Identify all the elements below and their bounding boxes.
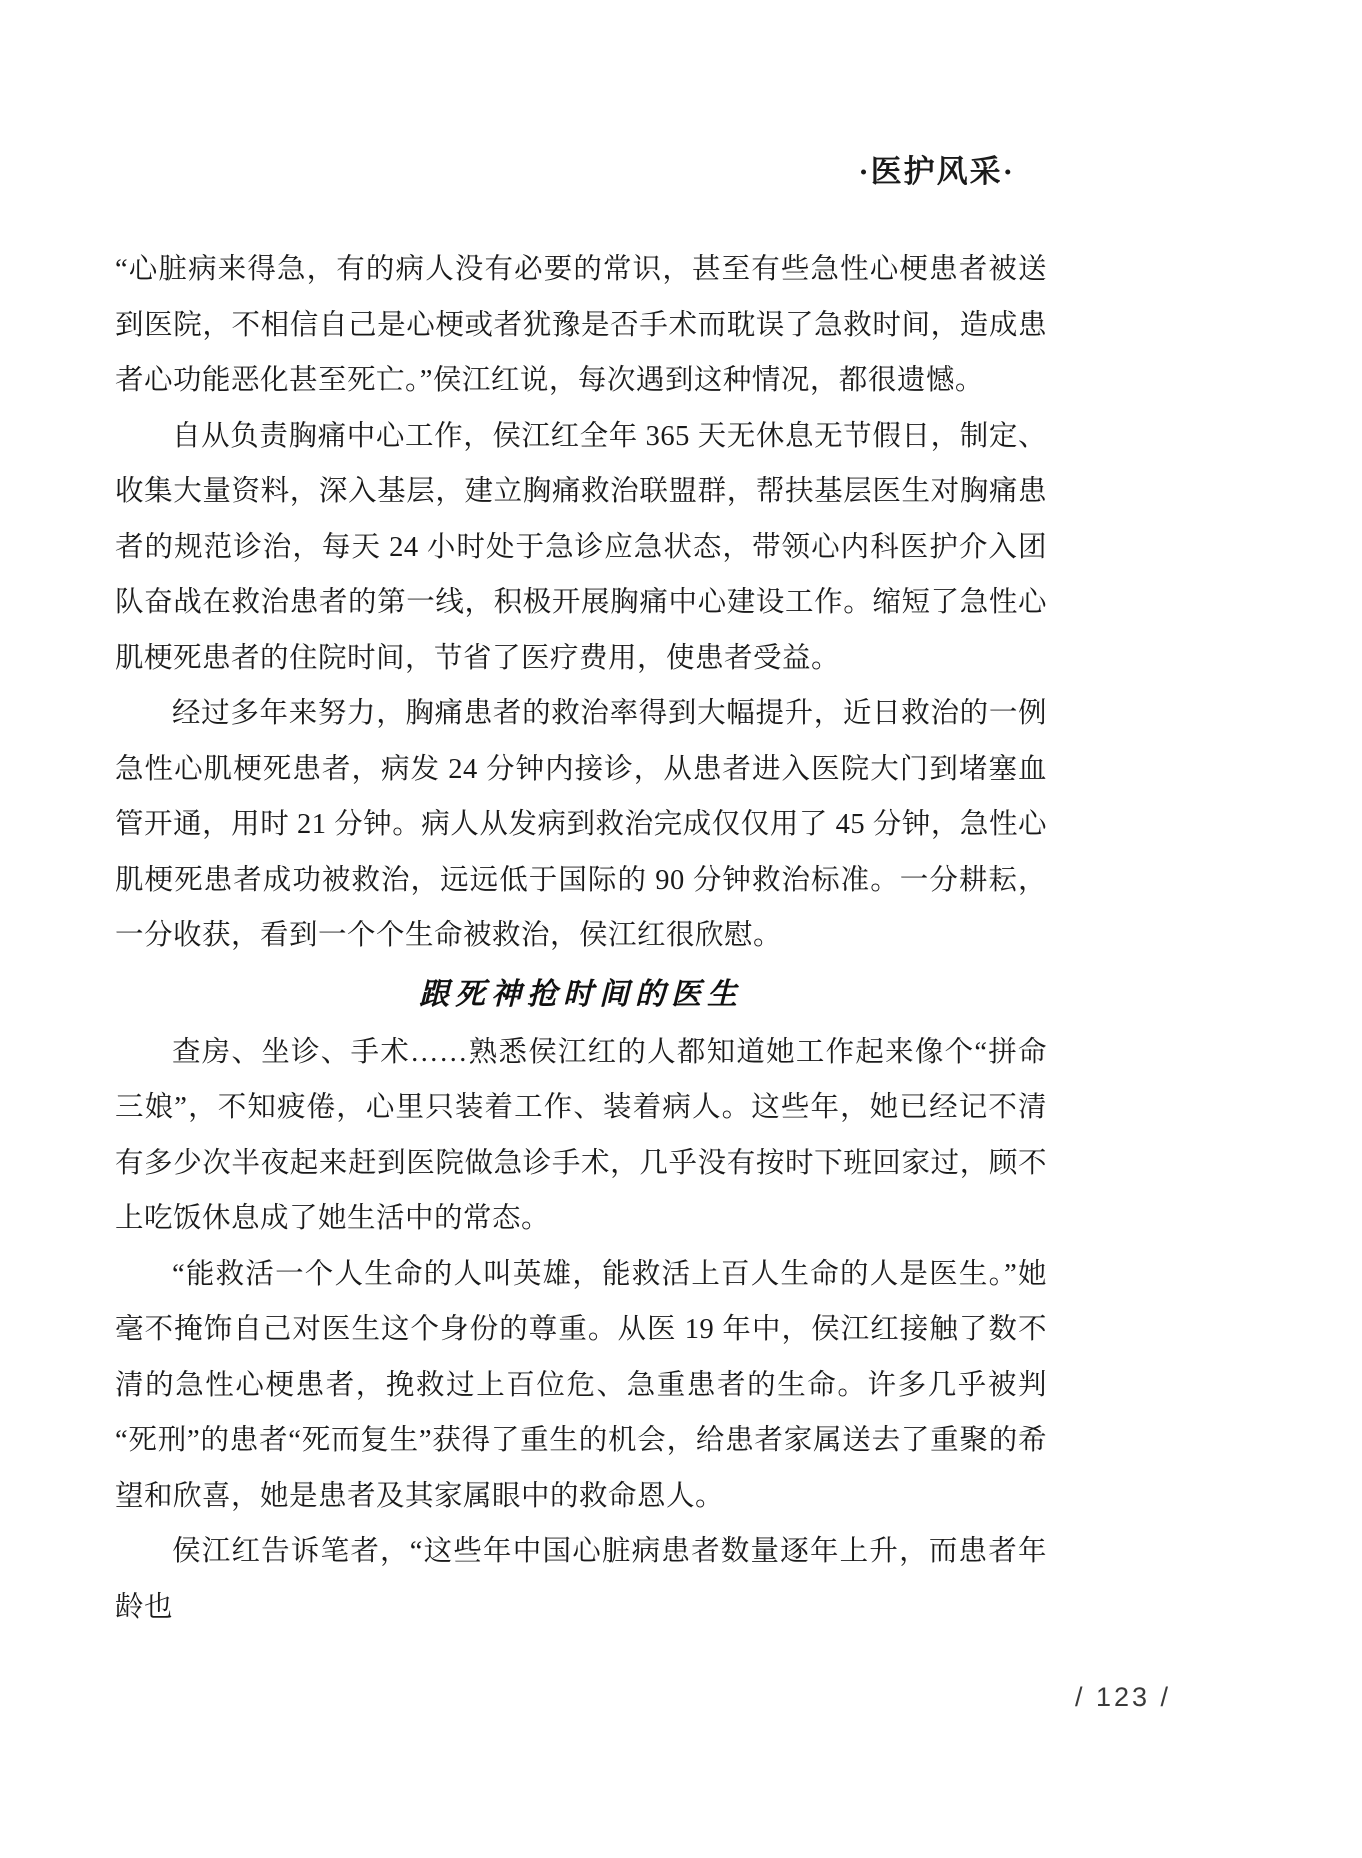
paragraph: 自从负责胸痛中心工作，侯江红全年 365 天无休息无节假日，制定、收集大量资料，… [115, 409, 1047, 687]
running-head: ·医护风采· [115, 146, 1047, 191]
paragraph: “能救活一个人生命的人叫英雄，能救活上百人生命的人是医生。”她毫不掩饰自己对医生… [115, 1247, 1047, 1525]
paragraph: “心脏病来得急，有的病人没有必要的常识，甚至有些急性心梗患者被送到医院，不相信自… [115, 242, 1047, 409]
article-body: “心脏病来得急，有的病人没有必要的常识，甚至有些急性心梗患者被送到医院，不相信自… [115, 242, 1047, 1635]
paragraph: 经过多年来努力，胸痛患者的救治率得到大幅提升，近日救治的一例急性心肌梗死患者，病… [115, 686, 1047, 964]
section-heading: 跟死神抢时间的医生 [115, 964, 1047, 1025]
page-number: / 123 / [1075, 1682, 1171, 1713]
paragraph: 侯江红告诉笔者，“这些年中国心脏病患者数量逐年上升，而患者年龄也 [115, 1524, 1047, 1635]
document-page: ·医护风采· “心脏病来得急，有的病人没有必要的常识，甚至有些急性心梗患者被送到… [0, 0, 1362, 1858]
paragraph: 查房、坐诊、手术……熟悉侯江红的人都知道她工作起来像个“拼命三娘”，不知疲倦，心… [115, 1025, 1047, 1247]
